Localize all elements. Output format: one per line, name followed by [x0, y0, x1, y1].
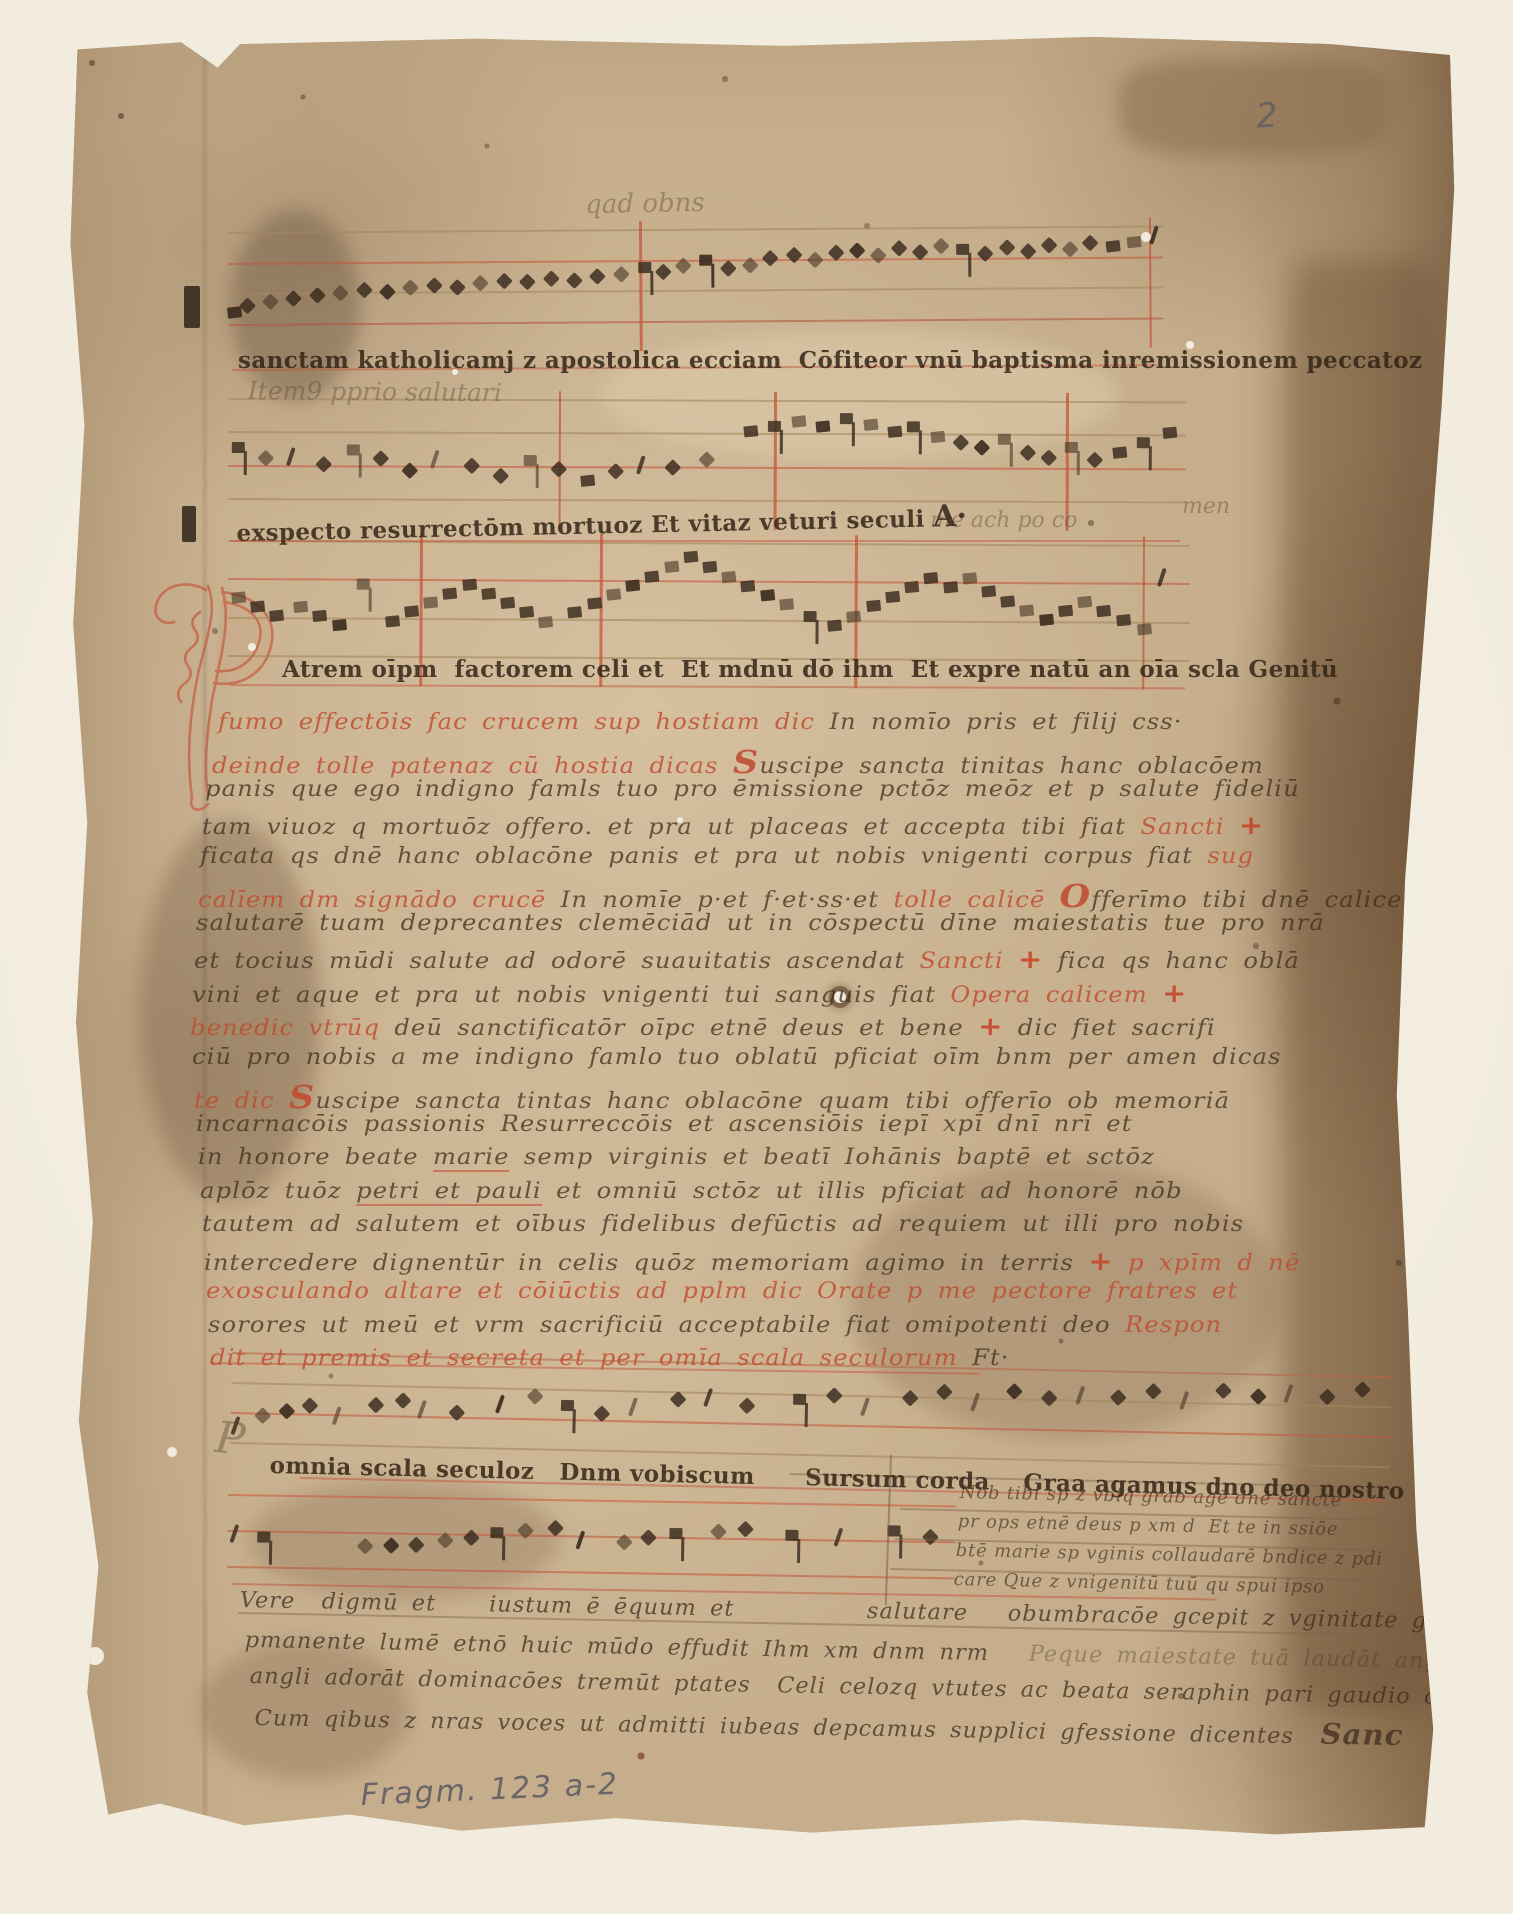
text-segment: et omniū sctōz ut illis pficiat ad honor… [542, 1179, 1183, 1204]
neume-d [278, 1402, 295, 1419]
neume-d [1019, 444, 1036, 461]
neume-q [722, 570, 737, 582]
hole [248, 643, 256, 651]
margin-paragraph-mark [184, 286, 200, 328]
neume-q [269, 609, 284, 621]
neume-q [567, 606, 582, 618]
neume-q [481, 588, 496, 600]
neume-q [1116, 614, 1131, 626]
staff-line [228, 431, 1186, 436]
neume-t [860, 1397, 870, 1416]
neume-d [640, 1530, 657, 1547]
text-segment: et tocius mūdi salute ad odorē suauitati… [194, 949, 919, 974]
text-segment: salutarē tuam deprecantes clemēciād ut i… [196, 911, 1325, 936]
neume-p [699, 255, 712, 266]
neume-q [462, 578, 477, 590]
neume-q [587, 597, 602, 609]
red-initial: S [289, 1078, 315, 1116]
neume-p [258, 1532, 271, 1543]
text-segment: Orate p me pectore fratres et [817, 1279, 1238, 1304]
neume-t [834, 1528, 844, 1547]
neume-q [1162, 427, 1177, 439]
neume-p [786, 1530, 799, 1541]
neume-d [383, 1537, 400, 1554]
neume-d [1145, 1383, 1162, 1400]
hole [86, 1647, 104, 1665]
body-line: tam viuoz q mortuōz offero. et pra ut pl… [202, 810, 1264, 841]
neume-q [1097, 605, 1112, 617]
neume-q [981, 586, 996, 598]
body-line: dit et premis et secreta et per omīa sca… [210, 1346, 1010, 1371]
neume-d [394, 1392, 411, 1409]
neume-d [737, 1521, 754, 1538]
text-segment: panis que ego indigno famls tuo pro ēmis… [205, 777, 1300, 802]
neume-d [891, 240, 908, 257]
neume-d [849, 242, 866, 259]
neume-q [606, 588, 621, 600]
neume-q [1127, 235, 1142, 247]
neume-t [636, 455, 646, 474]
red-initial: S [733, 743, 759, 781]
neume-d [332, 284, 349, 301]
neume-d [472, 275, 489, 292]
text-segment: sorores ut meū et vrm sacrificiū accepta… [208, 1313, 1125, 1338]
body-line: calīem dm signādo crucē In nomīe p·et f·… [198, 877, 1427, 915]
neume-d [698, 451, 715, 468]
text-segment: care Que z vnigenitū tuū qu spui ipso [954, 1569, 1325, 1598]
neume-d [739, 1398, 756, 1415]
neume-q [1020, 604, 1035, 616]
ghost-header: qad obns [585, 188, 705, 220]
neume-d [762, 250, 779, 267]
body-line: panis que ego indigno famls tuo pro ēmis… [205, 777, 1300, 802]
neume-q [1112, 446, 1127, 458]
neume-t [495, 1395, 505, 1414]
body-line: vini et aque et pra ut nobis vnigenti tu… [192, 978, 1187, 1009]
hole [1141, 232, 1151, 242]
neume-d [952, 434, 969, 451]
neume-p [888, 1526, 901, 1537]
staff-barline [639, 221, 642, 351]
text-segment: fica qs hanc oblā [1043, 949, 1300, 974]
music-staff [227, 1494, 956, 1577]
text-segment: A· [933, 499, 968, 535]
text-segment: tam viuoz q mortuōz offero. et pra ut pl… [202, 815, 1140, 840]
text-segment: deinde tolle patenaz cū hostia dicas [212, 754, 733, 779]
neume-d [301, 1397, 318, 1414]
hole [167, 1447, 177, 1457]
neume-q [846, 610, 861, 622]
text-segment: Ft· [972, 1346, 1010, 1371]
neume-q [791, 415, 806, 427]
neume-q [1105, 240, 1120, 252]
neume-d [547, 1519, 564, 1536]
neume-q [312, 610, 327, 622]
text-segment: Respon [1125, 1313, 1222, 1338]
margin-paragraph-mark [182, 506, 196, 542]
neume-d [1215, 1382, 1232, 1399]
staff-line [229, 317, 1164, 326]
neume-d [655, 264, 672, 281]
text-segment: In nomīo pris et filij css· [829, 710, 1182, 735]
neume-q [683, 551, 698, 563]
text-segment: deū sanctificatōr oīpc etnē deus et bene [394, 1016, 978, 1041]
neume-q [743, 425, 758, 437]
neume-d [1040, 449, 1057, 466]
neume-p [638, 262, 651, 273]
neume-d [1061, 241, 1078, 258]
neume-d [373, 450, 390, 467]
neume-q [924, 572, 939, 584]
neume-q [625, 579, 640, 591]
text-segment: pr ops etnē deus p xm d Et te in ssiōe [958, 1511, 1339, 1540]
body-line: exosculando altare et cōiūctis ad pplm d… [206, 1279, 1238, 1304]
neume-d [826, 1387, 843, 1404]
neume-d [1086, 452, 1103, 469]
text-segment: dit et premis et secreta et per omīa sca… [210, 1346, 972, 1371]
neume-q [887, 426, 902, 438]
preface-column-line: pr ops etnē deus p xm d Et te in ssiōe [958, 1511, 1339, 1540]
ruling-line [230, 684, 1185, 689]
neume-p [491, 1527, 504, 1538]
neume-t [628, 1397, 638, 1416]
neume-q [227, 306, 242, 318]
body-line: intercedere dignentūr in celis quōz memo… [204, 1246, 1300, 1277]
neume-t [1179, 1391, 1189, 1410]
neume-d [973, 439, 990, 456]
chant-lyric-credo-3: Atrem oīpm factorem celi et Et mdnū dō i… [282, 656, 1338, 683]
neume-q [385, 615, 400, 627]
body-line: salutarē tuam deprecantes clemēciād ut i… [196, 911, 1325, 936]
text-segment: Cum qibus z nras voces ut admitti iubeas… [254, 1706, 1320, 1750]
text-segment: benedic vtrūq [190, 1016, 394, 1041]
text-segment: exosculando altare et cōiūctis ad pplm d… [206, 1279, 817, 1304]
neume-d [367, 1397, 384, 1414]
neume-d [1041, 237, 1058, 254]
neume-p [1137, 437, 1150, 448]
text-segment: fumo effectōis fac crucem sup hostiam di… [218, 710, 829, 735]
neume-d [258, 450, 275, 467]
page-content: 2 Fragm. 123 a-2 qad obnssanctam katholi… [0, 0, 1513, 1914]
neume-q [404, 606, 419, 618]
photograph-backdrop: 2 Fragm. 123 a-2 qad obnssanctam katholi… [0, 0, 1513, 1914]
neume-d [550, 461, 567, 478]
neume-q [1058, 604, 1073, 616]
neume-d [355, 281, 372, 298]
neume-d [262, 293, 279, 310]
neume-q [741, 580, 756, 592]
neume-d [464, 457, 481, 474]
neume-d [933, 238, 950, 255]
neume-q [231, 591, 246, 603]
neume-p [524, 455, 537, 466]
neume-q [943, 581, 958, 593]
neume-d [408, 1536, 425, 1553]
neume-t [286, 447, 296, 466]
neume-p [1065, 442, 1078, 453]
neume-d [1041, 1389, 1058, 1406]
shelfmark-note: Fragm. 123 a-2 [360, 1767, 620, 1813]
body-line: sorores ut meū et vrm sacrificiū accepta… [208, 1313, 1222, 1338]
neume-q [442, 587, 457, 599]
body-line: ciū pro nobis a me indigno famlo tuo obl… [192, 1045, 1282, 1070]
text-segment: uscipe sancta tinitas hanc oblacōem [759, 754, 1264, 779]
neume-q [827, 619, 842, 631]
neume-q [500, 597, 515, 609]
neume-q [293, 600, 308, 612]
text-segment: dic fiet sacrifi [1004, 1016, 1216, 1041]
red-cross: + [1239, 810, 1264, 841]
text-segment: calīem dm signādo crucē [198, 888, 561, 913]
chant-lyric-credo-1: sanctam katholicamj z apostolica ecciam … [238, 341, 1467, 376]
neume-q [1137, 623, 1152, 635]
neume-t [229, 1524, 239, 1543]
neume-q [250, 600, 265, 612]
neume-d [589, 268, 606, 285]
text-segment: intercedere dignentūr in celis quōz memo… [204, 1251, 1088, 1276]
neume-t [575, 1531, 585, 1550]
text-segment: Sanc [1320, 1717, 1404, 1752]
neume-d [379, 283, 396, 300]
neume-d [357, 1538, 374, 1555]
neume-d [1319, 1388, 1336, 1405]
ghost-interline: Item9 pprio salutari [248, 376, 502, 407]
neume-t [1284, 1384, 1294, 1403]
neume-t [970, 1392, 980, 1411]
text-segment: btē marie sp vginis collaudarē bndice z … [956, 1540, 1384, 1570]
neume-q [332, 619, 347, 631]
text-segment: ficata qs dnē hanc oblacōne panis et pra… [200, 844, 1207, 869]
text-segment: uscipe sancta tintas hanc oblacōne quam … [315, 1089, 1230, 1114]
neume-d [901, 1390, 918, 1407]
text-segment: Peque maiestate tuā laudāt angli [1029, 1642, 1457, 1674]
text-segment: aplōz tuōz [200, 1179, 356, 1204]
neume-d [998, 239, 1015, 256]
neume-q [863, 419, 878, 431]
body-line: fumo effectōis fac crucem sup hostiam di… [218, 710, 1183, 735]
text-segment: petri et pauli [356, 1179, 542, 1206]
body-line: in honore beate marie semp virginis et b… [198, 1145, 1155, 1170]
neume-p [356, 578, 369, 589]
music-staff [228, 225, 1164, 324]
text-segment: marie [433, 1145, 510, 1172]
neume-q [423, 596, 438, 608]
neume-q [664, 561, 679, 573]
preface-column-line: btē marie sp vginis collaudarē bndice z … [956, 1540, 1384, 1570]
neume-d [463, 1529, 480, 1546]
ink-specks [0, 0, 2, 2]
neume-q [930, 431, 945, 443]
neume-q [645, 570, 660, 582]
text-segment: Atrem oīpm factorem celi et Et mdnū dō i… [282, 656, 1338, 683]
neume-d [309, 287, 326, 304]
neume-q [1039, 614, 1054, 626]
body-line: incarnacōis passionis Resurreccōis et as… [196, 1112, 1133, 1137]
neume-p [840, 413, 853, 424]
staff-line [231, 1412, 1391, 1438]
staff-line [227, 1566, 955, 1579]
red-cross: + [1162, 978, 1187, 1009]
text-segment: vini et aque et pra ut nobis vnigenti tu… [192, 983, 950, 1008]
neume-d [566, 272, 583, 289]
preface-column-line: care Que z vnigenitū tuū qu spui ipso [954, 1569, 1325, 1598]
neume-d [542, 270, 559, 287]
text-segment: semp virginis et beatī Iohānis baptē et … [510, 1145, 1155, 1170]
neume-q [885, 591, 900, 603]
text-segment: in honore beate [198, 1145, 433, 1170]
neume-d [492, 467, 509, 484]
neume-p [998, 434, 1011, 445]
body-line: tautem ad salutem et oībus fidelibus def… [202, 1212, 1244, 1237]
text-segment: In nomīe p·et f·et·ss·et [561, 888, 894, 913]
neume-q [702, 561, 717, 573]
text-segment: obumbracōe gcepit z vginitate gloria [1008, 1601, 1485, 1634]
text-segment: Sancti [919, 949, 1018, 974]
staff-line [228, 578, 1190, 585]
neume-p [793, 1394, 806, 1405]
staff-line [228, 256, 1163, 265]
neume-p [561, 1400, 574, 1411]
text-segment: tolle calicē [893, 888, 1059, 913]
red-cross: + [978, 1011, 1003, 1042]
text-segment: te dic [194, 1089, 289, 1114]
music-staff [227, 540, 1190, 660]
text-segment: men [1182, 494, 1230, 519]
text-segment: ciū pro nobis a me indigno famlo tuo obl… [192, 1045, 1282, 1070]
neume-q [760, 589, 775, 601]
body-line: benedic vtrūq deū sanctificatōr oīpc etn… [190, 1011, 1216, 1042]
neume-p [231, 442, 244, 453]
neume-d [496, 272, 513, 289]
red-cross: + [1018, 944, 1043, 975]
text-segment: incarnacōis passionis Resurreccōis et as… [196, 1112, 1133, 1137]
neume-d [665, 459, 682, 476]
neume-q [962, 572, 977, 584]
neume-q [1000, 595, 1015, 607]
neume-d [870, 247, 887, 264]
staff-line [228, 498, 1186, 503]
neume-d [807, 252, 824, 269]
body-line: aplōz tuōz petri et pauli et omniū sctōz… [200, 1179, 1183, 1204]
text-segment: E [1422, 341, 1467, 376]
text-segment: qad obns [585, 188, 705, 220]
neume-p [804, 611, 817, 622]
neume-q [779, 598, 794, 610]
manuscript-page: 2 Fragm. 123 a-2 qad obnssanctam katholi… [55, 26, 1457, 1838]
text-segment: sug [1207, 844, 1254, 869]
body-line: deinde tolle patenaz cū hostia dicas Sus… [212, 743, 1264, 781]
red-initial: O [1060, 877, 1092, 915]
neume-p [768, 421, 781, 432]
text-segment: tautem ad salutem et oībus fidelibus def… [202, 1212, 1244, 1237]
body-line: te dic Suscipe sancta tintas hanc oblacō… [194, 1078, 1230, 1116]
music-staff [228, 398, 1186, 501]
neume-q [539, 615, 554, 627]
text-segment: Item9 pprio salutari [248, 376, 502, 407]
neume-q [1077, 595, 1092, 607]
red-cross: + [1088, 1246, 1113, 1277]
neume-d [613, 266, 630, 283]
neume-p [907, 421, 920, 432]
neume-d [720, 260, 737, 277]
body-line: et tocius mūdi salute ad odorē suauitati… [194, 944, 1300, 975]
neume-p [346, 444, 359, 455]
neume-d [315, 456, 332, 473]
text-segment: pmanente lumē etnō huic mūdo effudit Ihm… [245, 1628, 1029, 1667]
neume-q [815, 420, 830, 432]
neume-q [580, 475, 595, 487]
neume-d [519, 274, 536, 291]
text-segment: Sancti [1140, 815, 1239, 840]
staff-line [228, 225, 1163, 234]
neume-p [956, 244, 969, 255]
neume-d [1354, 1382, 1371, 1399]
ghost-men: men [1182, 494, 1230, 519]
neume-d [255, 1407, 272, 1424]
neume-p [669, 1528, 682, 1539]
neume-d [1082, 235, 1099, 252]
neume-d [1110, 1389, 1127, 1406]
body-line: ficata qs dnē hanc oblacōne panis et pra… [200, 844, 1254, 869]
folio-number: 2 [1255, 95, 1279, 136]
neume-q [866, 600, 881, 612]
neume-q [904, 581, 919, 593]
lyric-initial-per: P [213, 1412, 249, 1466]
staff-line [228, 1494, 956, 1507]
text-segment: Opera calicem [950, 983, 1162, 1008]
text-segment: sanctam katholicamj z apostolica ecciam … [238, 347, 1422, 374]
text-segment: P [213, 1412, 249, 1466]
text-segment: p xpīm d nē [1114, 1251, 1301, 1276]
staff-line [227, 1530, 955, 1543]
neume-q [519, 606, 534, 618]
text-segment: fferīmo tibi dnē calicem [1091, 888, 1426, 913]
